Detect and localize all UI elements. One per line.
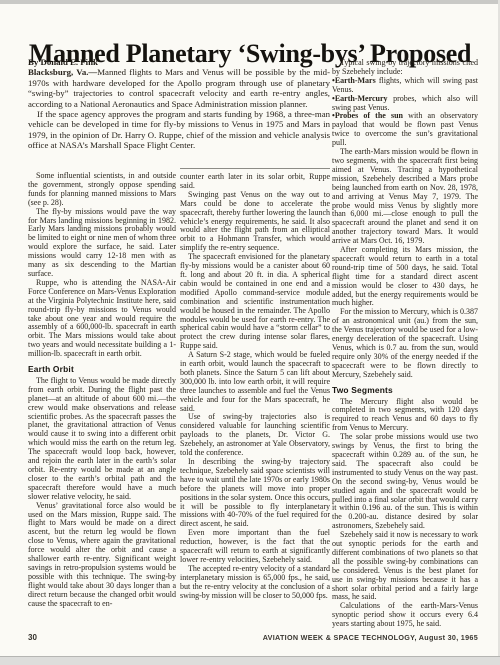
body-paragraph: counter earth later in its solar orbit, … [180, 173, 330, 191]
body-paragraph: The fly-by missions would pave the way f… [28, 208, 176, 279]
magazine-page: Manned Planetary ‘Swing-bys’ Proposed By… [0, 0, 500, 665]
right-column: Typical swing-by trajectory missions cit… [332, 59, 478, 629]
body-paragraph: Even more important than the fuel reduct… [180, 529, 330, 565]
bullet-item: •Earth-Mars flights, which will swing pa… [332, 77, 478, 95]
scan-edge-bottom [0, 656, 500, 665]
middle-column: counter earth later in its solar orbit, … [180, 168, 330, 628]
body-paragraph: Ruppe, who is attending the NASA-Air For… [28, 279, 176, 359]
lead-section: By Donald E. Fink Blacksburg, Va.—Manned… [28, 57, 330, 151]
lead-paragraph: Blacksburg, Va.—Manned flights to Mars a… [28, 67, 330, 109]
bullet-term: Earth-Mars [335, 76, 376, 85]
bullet-item: •Probes of the sun with an observatory p… [332, 112, 478, 148]
body-paragraph: The solar probe missions would use two s… [332, 433, 478, 531]
body-paragraph: In describing the swing-by trajectory te… [180, 458, 330, 529]
body-paragraph: Venus’ gravitational force also would be… [28, 502, 176, 609]
byline: By Donald E. Fink [28, 57, 330, 67]
page-footer: 30 AVIATION WEEK & SPACE TECHNOLOGY, Aug… [28, 633, 478, 642]
scan-edge-top [0, 0, 500, 4]
body-paragraph: The Mercury flight also would be complet… [332, 398, 478, 434]
subhead-earth-orbit: Earth Orbit [28, 365, 176, 374]
body-paragraph: A Saturn S-2 stage, which would be fuele… [180, 351, 330, 413]
body-paragraph: The accepted re-entry velocity of a stan… [180, 565, 330, 601]
bullet-term: Earth-Mercury [335, 94, 388, 103]
subhead-two-segments: Two Segments [332, 386, 478, 395]
body-paragraph: The spacecraft envisioned for the planet… [180, 253, 330, 351]
bullet-item: •Earth-Mercury probes, which also will s… [332, 95, 478, 113]
body-paragraph: Some influential scientists, in and outs… [28, 172, 176, 208]
left-column: Some influential scientists, in and outs… [28, 172, 176, 628]
body-paragraph: Typical swing-by trajectory missions cit… [332, 59, 478, 77]
bullet-term: Probes of the sun [335, 111, 403, 120]
body-paragraph: After completing its Mars mission, the s… [332, 246, 478, 308]
column-divider-rule [180, 168, 330, 169]
body-paragraph: Use of swing-by trajectories also is con… [180, 413, 330, 458]
body-paragraph: Swinging past Venus on the way out to Ma… [180, 191, 330, 253]
body-paragraph: For the mission to Mercury, which is 0.3… [332, 308, 478, 379]
page-number: 30 [28, 633, 37, 642]
body-paragraph: The flight to Venus would be made direct… [28, 377, 176, 502]
body-paragraph: Calculations of the earth-Mars-Venus syn… [332, 602, 478, 629]
dateline: Blacksburg, Va.— [28, 67, 97, 77]
lead-paragraph: If the space agency approves the program… [28, 109, 330, 151]
body-paragraph: The earth-Mars mission would be flown in… [332, 148, 478, 246]
journal-name-and-date: AVIATION WEEK & SPACE TECHNOLOGY, August… [263, 633, 478, 642]
body-paragraph: Szebehely said it now is necessary to wo… [332, 531, 478, 602]
